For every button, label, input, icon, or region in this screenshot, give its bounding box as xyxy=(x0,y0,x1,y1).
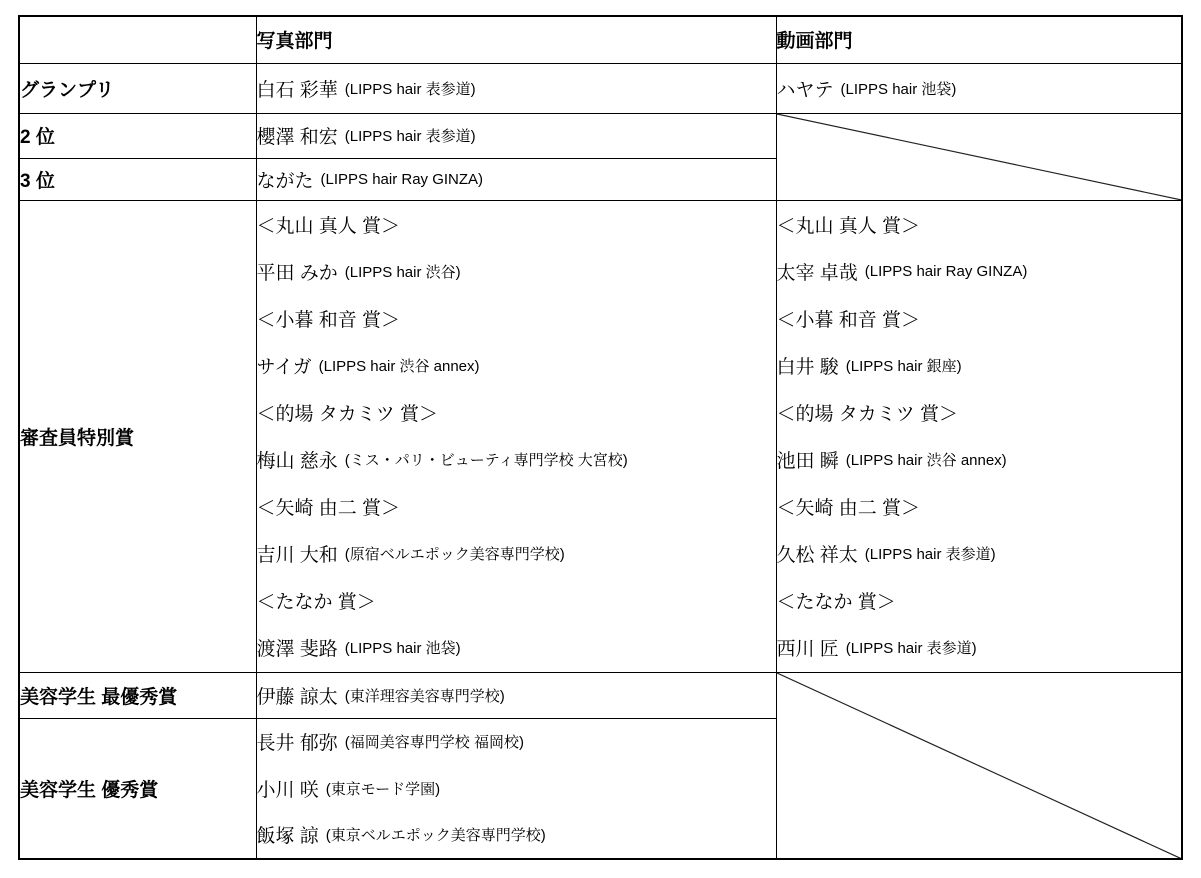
diagonal-line xyxy=(777,673,1182,859)
winner-entry: 白井 駿(LIPPS hair 銀座) xyxy=(777,342,1182,389)
winner-affiliation: (ミス・パリ・ビューティ専門学校 大宮校) xyxy=(345,449,628,470)
winner-name: 渡澤 斐路 xyxy=(257,634,338,661)
winner-affiliation: (LIPPS hair 池袋) xyxy=(345,637,461,658)
winner-affiliation: (LIPPS hair 渋谷) xyxy=(345,261,461,282)
winner-entry: 小川 咲(東京モード学園) xyxy=(257,765,776,812)
header-empty-cell xyxy=(19,16,256,63)
header-video-division: 動画部門 xyxy=(776,16,1182,63)
row-special-award: 審査員特別賞 ＜丸山 真人 賞＞ 平田 みか(LIPPS hair 渋谷) ＜小… xyxy=(19,200,1182,672)
cell-student-best-photo: 伊藤 諒太(東洋理容美容専門学校) xyxy=(256,672,776,718)
winner-name: 小川 咲 xyxy=(257,775,319,802)
winner-name: 平田 みか xyxy=(257,258,338,285)
winner-affiliation: (LIPPS hair 渋谷 annex) xyxy=(846,449,1007,470)
judge-award-heading: ＜的場 タカミツ 賞＞ xyxy=(257,389,776,436)
judge-award-heading: ＜たなか 賞＞ xyxy=(257,577,776,624)
judge-award-heading: ＜丸山 真人 賞＞ xyxy=(257,201,776,248)
winner-entry: 櫻澤 和宏(LIPPS hair 表参道) xyxy=(257,122,776,149)
winner-name: 白井 駿 xyxy=(777,352,839,379)
row-grand-prix: グランプリ 白石 彩華(LIPPS hair 表参道) ハヤテ(LIPPS ha… xyxy=(19,63,1182,113)
winner-name: 吉川 大和 xyxy=(257,540,338,567)
winner-name: 梅山 慈永 xyxy=(257,446,338,473)
winner-affiliation: (LIPPS hair 銀座) xyxy=(846,355,962,376)
diagonal-line xyxy=(777,114,1182,200)
cell-grand-prix-video: ハヤテ(LIPPS hair 池袋) xyxy=(776,63,1182,113)
cell-student-excellent-photo: 長井 郁弥(福岡美容専門学校 福岡校) 小川 咲(東京モード学園) 飯塚 諒(東… xyxy=(256,718,776,859)
winner-affiliation: (福岡美容専門学校 福岡校) xyxy=(345,731,524,752)
row-second-place: 2 位 櫻澤 和宏(LIPPS hair 表参道) xyxy=(19,113,1182,158)
judge-award-heading: ＜たなか 賞＞ xyxy=(777,577,1182,624)
winner-entry: 平田 みか(LIPPS hair 渋谷) xyxy=(257,248,776,295)
winner-name: 久松 祥太 xyxy=(777,540,858,567)
winner-name: 長井 郁弥 xyxy=(257,728,338,755)
winner-entry: ながた(LIPPS hair Ray GINZA) xyxy=(257,166,776,193)
judge-award-heading: ＜矢崎 由二 賞＞ xyxy=(257,483,776,530)
winner-entry: 渡澤 斐路(LIPPS hair 池袋) xyxy=(257,624,776,671)
winner-entry: 池田 瞬(LIPPS hair 渋谷 annex) xyxy=(777,436,1182,483)
winner-affiliation: (LIPPS hair 渋谷 annex) xyxy=(319,355,480,376)
winner-affiliation: (東京モード学園) xyxy=(326,778,440,799)
judge-award-heading: ＜的場 タカミツ 賞＞ xyxy=(777,389,1182,436)
winner-affiliation: (LIPPS hair 表参道) xyxy=(345,125,476,146)
row-label-third-place: 3 位 xyxy=(19,158,256,200)
judge-award-heading: ＜小暮 和音 賞＞ xyxy=(257,295,776,342)
winner-entry: 太宰 卓哉(LIPPS hair Ray GINZA) xyxy=(777,248,1182,295)
winner-name: 白石 彩華 xyxy=(257,75,338,102)
judge-award-heading: ＜丸山 真人 賞＞ xyxy=(777,201,1182,248)
winner-entry: 白石 彩華(LIPPS hair 表参道) xyxy=(257,75,776,102)
winner-name: 伊藤 諒太 xyxy=(257,682,338,709)
winner-entry: ハヤテ(LIPPS hair 池袋) xyxy=(777,75,1182,102)
winner-name: 西川 匠 xyxy=(777,634,839,661)
cell-video-not-applicable-bottom xyxy=(776,672,1182,859)
winner-affiliation: (LIPPS hair 表参道) xyxy=(865,543,996,564)
row-label-student-excellent: 美容学生 優秀賞 xyxy=(19,718,256,859)
row-student-best: 美容学生 最優秀賞 伊藤 諒太(東洋理容美容専門学校) xyxy=(19,672,1182,718)
winner-affiliation: (東京ベルエポック美容専門学校) xyxy=(326,824,546,845)
winner-entry: 飯塚 諒(東京ベルエポック美容専門学校) xyxy=(257,812,776,859)
winner-affiliation: (LIPPS hair 表参道) xyxy=(846,637,977,658)
winner-name: 太宰 卓哉 xyxy=(777,258,858,285)
row-label-special-award: 審査員特別賞 xyxy=(19,200,256,672)
winner-affiliation: (LIPPS hair 表参道) xyxy=(345,78,476,99)
cell-special-award-photo: ＜丸山 真人 賞＞ 平田 みか(LIPPS hair 渋谷) ＜小暮 和音 賞＞… xyxy=(256,200,776,672)
winner-affiliation: (LIPPS hair Ray GINZA) xyxy=(865,263,1028,280)
winner-name: 櫻澤 和宏 xyxy=(257,122,338,149)
award-results-table: 写真部門 動画部門 グランプリ 白石 彩華(LIPPS hair 表参道) ハヤ… xyxy=(18,15,1183,860)
winner-name: 飯塚 諒 xyxy=(257,821,319,848)
cell-third-place-photo: ながた(LIPPS hair Ray GINZA) xyxy=(256,158,776,200)
winner-entry: 長井 郁弥(福岡美容専門学校 福岡校) xyxy=(257,719,776,766)
winner-name: ながた xyxy=(257,166,314,193)
winner-entry: 梅山 慈永(ミス・パリ・ビューティ専門学校 大宮校) xyxy=(257,436,776,483)
cell-grand-prix-photo: 白石 彩華(LIPPS hair 表参道) xyxy=(256,63,776,113)
cell-video-not-applicable-top xyxy=(776,113,1182,200)
winner-entry: 伊藤 諒太(東洋理容美容専門学校) xyxy=(257,682,776,709)
winner-entry: 吉川 大和(原宿ベルエポック美容専門学校) xyxy=(257,530,776,577)
judge-award-heading: ＜矢崎 由二 賞＞ xyxy=(777,483,1182,530)
judge-award-heading: ＜小暮 和音 賞＞ xyxy=(777,295,1182,342)
header-row: 写真部門 動画部門 xyxy=(19,16,1182,63)
cell-special-award-video: ＜丸山 真人 賞＞ 太宰 卓哉(LIPPS hair Ray GINZA) ＜小… xyxy=(776,200,1182,672)
row-label-second-place: 2 位 xyxy=(19,113,256,158)
row-label-student-best: 美容学生 最優秀賞 xyxy=(19,672,256,718)
cell-second-place-photo: 櫻澤 和宏(LIPPS hair 表参道) xyxy=(256,113,776,158)
winner-affiliation: (LIPPS hair 池袋) xyxy=(841,78,957,99)
winner-affiliation: (東洋理容美容専門学校) xyxy=(345,685,505,706)
row-label-grand-prix: グランプリ xyxy=(19,63,256,113)
winner-affiliation: (LIPPS hair Ray GINZA) xyxy=(321,171,484,188)
winner-name: ハヤテ xyxy=(777,75,834,102)
winner-entry: 久松 祥太(LIPPS hair 表参道) xyxy=(777,530,1182,577)
winner-name: サイガ xyxy=(257,352,312,379)
winner-affiliation: (原宿ベルエポック美容専門学校) xyxy=(345,543,565,564)
header-photo-division: 写真部門 xyxy=(256,16,776,63)
winner-entry: サイガ(LIPPS hair 渋谷 annex) xyxy=(257,342,776,389)
winner-name: 池田 瞬 xyxy=(777,446,839,473)
winner-entry: 西川 匠(LIPPS hair 表参道) xyxy=(777,624,1182,671)
